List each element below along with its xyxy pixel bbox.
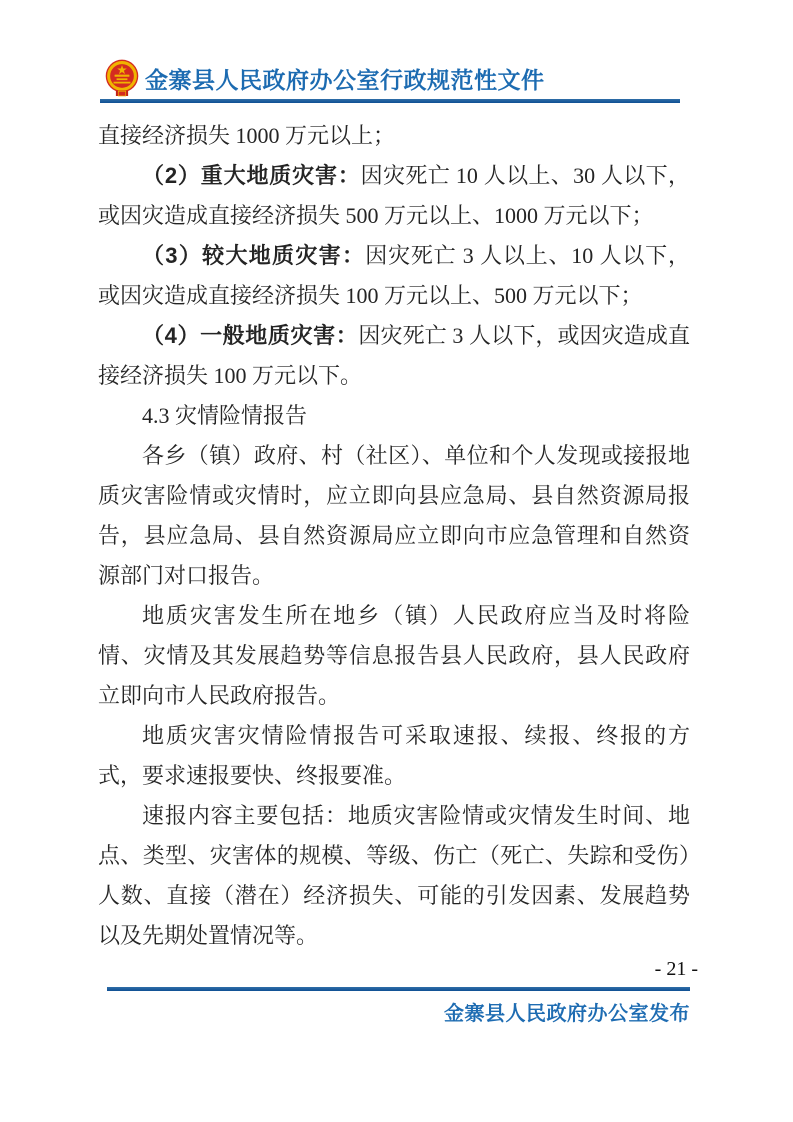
paragraph-text: 直接经济损失 1000 万元以上； xyxy=(98,123,395,148)
paragraph-text: 各乡（镇）政府、村（社区）、单位和个人发现或接报地质灾害险情或灾情时，应立即向县… xyxy=(98,443,690,588)
paragraph-lead: （3）较大地质灾害： xyxy=(142,243,365,268)
document-page: 金寨县人民政府办公室行政规范性文件 直接经济损失 1000 万元以上； （2）重… xyxy=(0,0,793,1122)
paragraph-item-4: （4）一般地质灾害：因灾死亡 3 人以下，或因灾造成直接经济损失 100 万元以… xyxy=(98,316,690,396)
page-number: - 21 - xyxy=(98,956,698,982)
paragraph-text: 地质灾害灾情险情报告可采取速报、续报、终报的方式，要求速报要快、终报要准。 xyxy=(98,723,690,788)
header-rule xyxy=(100,99,680,103)
paragraph-report-content: 速报内容主要包括：地质灾害险情或灾情发生时间、地点、类型、灾害体的规模、等级、伤… xyxy=(98,796,690,956)
paragraph-lead: （2）重大地质灾害： xyxy=(142,163,361,188)
paragraph-text: 4.3 灾情险情报告 xyxy=(142,403,307,428)
paragraph-item-2: （2）重大地质灾害：因灾死亡 10 人以上、30 人以下，或因灾造成直接经济损失… xyxy=(98,156,690,236)
footer-rule xyxy=(107,987,690,991)
paragraph-township-report: 地质灾害发生所在地乡（镇）人民政府应当及时将险情、灾情及其发展趋势等信息报告县人… xyxy=(98,596,690,716)
paragraph-report-methods: 地质灾害灾情险情报告可采取速报、续报、终报的方式，要求速报要快、终报要准。 xyxy=(98,716,690,796)
national-emblem-icon xyxy=(104,59,140,97)
paragraph-text: 地质灾害发生所在地乡（镇）人民政府应当及时将险情、灾情及其发展趋势等信息报告县人… xyxy=(98,603,690,708)
footer-publisher: 金寨县人民政府办公室发布 xyxy=(98,997,690,1026)
paragraph-text: 速报内容主要包括：地质灾害险情或灾情发生时间、地点、类型、灾害体的规模、等级、伤… xyxy=(98,803,690,948)
paragraph-item-3: （3）较大地质灾害：因灾死亡 3 人以上、10 人以下，或因灾造成直接经济损失 … xyxy=(98,236,690,316)
page-header: 金寨县人民政府办公室行政规范性文件 xyxy=(104,58,545,98)
paragraph-continuation: 直接经济损失 1000 万元以上； xyxy=(98,116,690,156)
paragraph-report-duty: 各乡（镇）政府、村（社区）、单位和个人发现或接报地质灾害险情或灾情时，应立即向县… xyxy=(98,436,690,596)
paragraph-lead: （4）一般地质灾害： xyxy=(142,323,358,348)
document-body: 直接经济损失 1000 万元以上； （2）重大地质灾害：因灾死亡 10 人以上、… xyxy=(98,116,690,956)
section-heading-4-3: 4.3 灾情险情报告 xyxy=(98,396,690,436)
header-title: 金寨县人民政府办公室行政规范性文件 xyxy=(145,62,545,95)
